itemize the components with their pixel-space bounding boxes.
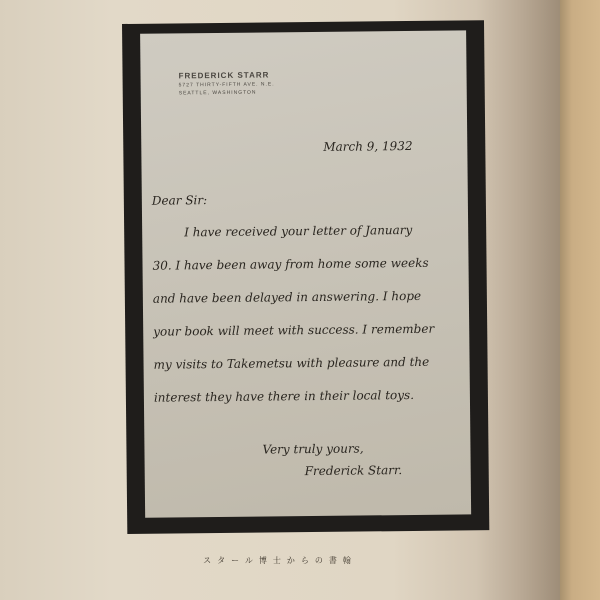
letter-body-line: I have received your letter of January <box>184 223 412 239</box>
letter-body-line: and have been delayed in answering. I ho… <box>153 289 421 306</box>
photo-frame: FREDERICK STARR 5727 THIRTY-FIFTH AVE. N… <box>122 20 489 534</box>
letter-body-line: my visits to Takemetsu with pleasure and… <box>153 355 429 372</box>
letter-date: March 9, 1932 <box>323 139 412 154</box>
letter-body-line: your book will meet with success. I reme… <box>153 322 434 339</box>
page-edge <box>560 0 600 600</box>
figure-caption: スタール博士からの書翰 <box>0 555 560 566</box>
letterhead: FREDERICK STARR 5727 THIRTY-FIFTH AVE. N… <box>178 70 274 96</box>
letter-body-line: 30. I have been away from home some week… <box>152 256 428 273</box>
letter-sheet: FREDERICK STARR 5727 THIRTY-FIFTH AVE. N… <box>140 30 471 517</box>
letterhead-city: SEATTLE, WASHINGTON <box>179 89 275 96</box>
letter-signature: Frederick Starr. <box>305 463 403 478</box>
letterhead-name: FREDERICK STARR <box>178 70 274 80</box>
letter-salutation: Dear Sir: <box>152 193 207 208</box>
letter-body-line: interest they have there in their local … <box>154 388 414 405</box>
letterhead-address: 5727 THIRTY-FIFTH AVE. N.E. <box>179 81 275 88</box>
letter-closing: Very truly yours, <box>262 441 363 456</box>
book-page: FREDERICK STARR 5727 THIRTY-FIFTH AVE. N… <box>0 0 560 600</box>
